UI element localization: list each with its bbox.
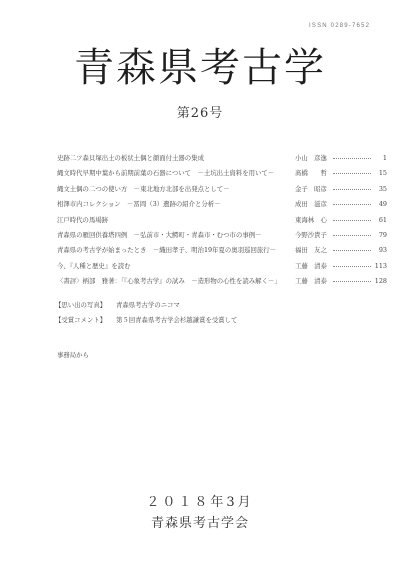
toc-entry-page: 128 (375, 274, 387, 289)
section-label: 【思い出の写真】 (55, 298, 106, 313)
toc-entry-title: 青森県の雁回供養塔四例 －弘前市・大鰐町・青森市・むつ市の事例－ (57, 228, 262, 243)
toc-entry-title: 史跡二ツ森貝塚出土の板状土偶と顔面付土器の集成 (57, 151, 204, 166)
toc-entry-author: 髙橋 哲 (295, 166, 327, 181)
toc-entry-page: 79 (379, 228, 387, 243)
toc-entry: 江戸時代の馬場跡 東海林 心 61 (57, 213, 387, 228)
toc-entry: 縄文土偶の二つの使い方 －東北地方北部を出発点として－ 金子 昭彦 35 (57, 182, 387, 197)
toc-entry-author: 工藤 清泰 (295, 274, 327, 289)
toc-entry-author: 成田 滋彦 (295, 197, 327, 212)
toc-entry-page: 61 (379, 213, 387, 228)
toc-entry-author: 金子 昭彦 (295, 182, 327, 197)
issn-number: ISSN 0289-7652 (309, 23, 370, 29)
toc-entry-title: 〈書評〉柄部 雅著：「『心象考古学』の試み －造形物の心性を読み解く－」 (57, 274, 281, 289)
toc-entry: 〈書評〉柄部 雅著：「『心象考古学』の試み －造形物の心性を読み解く－」 工藤 … (57, 274, 387, 289)
toc-entry-title: 縄文時代早期中葉から前期前葉の石器について －土坑出土資料を用いて－ (57, 166, 274, 181)
leader-dots (333, 235, 371, 236)
section-text: 青森県考古学のニコマ (116, 298, 180, 313)
toc-entry-title: 江戸時代の馬場跡 (57, 213, 108, 228)
toc-entry: 相澤市内コレクション －冨岡（3）遺跡の紹介と分析－ 成田 滋彦 49 (57, 197, 387, 212)
toc-entry-title: 相澤市内コレクション －冨岡（3）遺跡の紹介と分析－ (57, 197, 221, 212)
office-notes: 事務局から (57, 350, 89, 359)
section-label: 【受賞コメント】 (55, 313, 106, 328)
journal-title: 青森県考古学 (0, 44, 400, 92)
toc-entry-author: 工藤 清泰 (295, 259, 327, 274)
toc-entry-title: 青森県の考古学が始まったとき －織田孝子、明治19年夏の奥羽巡回旅行－ (57, 243, 276, 258)
issue-number: 第26号 (0, 102, 400, 121)
toc-entry-title: 今、『人種と歴史』を読む (57, 259, 131, 274)
toc-entry-page: 15 (379, 166, 387, 181)
toc-entry-page: 113 (375, 259, 387, 274)
toc-entry-page: 1 (383, 151, 387, 166)
toc-entry: 縄文時代早期中葉から前期前葉の石器について －土坑出土資料を用いて－ 髙橋 哲 … (57, 166, 387, 181)
toc-entry-author: 福田 友之 (295, 243, 327, 258)
toc-entry-title: 縄文土偶の二つの使い方 －東北地方北部を出発点として－ (57, 182, 230, 197)
toc-entry: 今、『人種と歴史』を読む 工藤 清泰 113 (57, 259, 387, 274)
toc-entry: 史跡二ツ森貝塚出土の板状土偶と顔面付土器の集成 小山 彦逸 1 (57, 151, 387, 166)
leader-dots (333, 173, 371, 174)
publisher-name: 青森県考古学会 (0, 512, 400, 531)
leader-dots (333, 189, 371, 190)
publication-date: ２０１８年3月 (0, 491, 400, 510)
leader-dots (333, 281, 371, 282)
leader-dots (333, 220, 371, 221)
leader-dots (333, 204, 371, 205)
toc-entry: 青森県の考古学が始まったとき －織田孝子、明治19年夏の奥羽巡回旅行－ 福田 友… (57, 243, 387, 258)
section-text: 第５回青森県考古学会杉越謙賞を受賞して (116, 313, 237, 328)
leader-dots (333, 158, 371, 159)
toc-entry-page: 35 (379, 182, 387, 197)
toc-entry-page: 49 (379, 197, 387, 212)
leader-dots (333, 250, 371, 251)
toc-entry: 青森県の雁回供養塔四例 －弘前市・大鰐町・青森市・むつ市の事例－ 今野沙貴子 7… (57, 228, 387, 243)
toc-entry-page: 93 (379, 243, 387, 258)
toc-entry-author: 今野沙貴子 (295, 228, 327, 243)
table-of-contents: 史跡二ツ森貝塚出土の板状土偶と顔面付土器の集成 小山 彦逸 1 縄文時代早期中葉… (57, 151, 387, 290)
toc-entry-author: 東海林 心 (295, 213, 327, 228)
leader-dots (333, 266, 371, 267)
toc-entry-author: 小山 彦逸 (295, 151, 327, 166)
